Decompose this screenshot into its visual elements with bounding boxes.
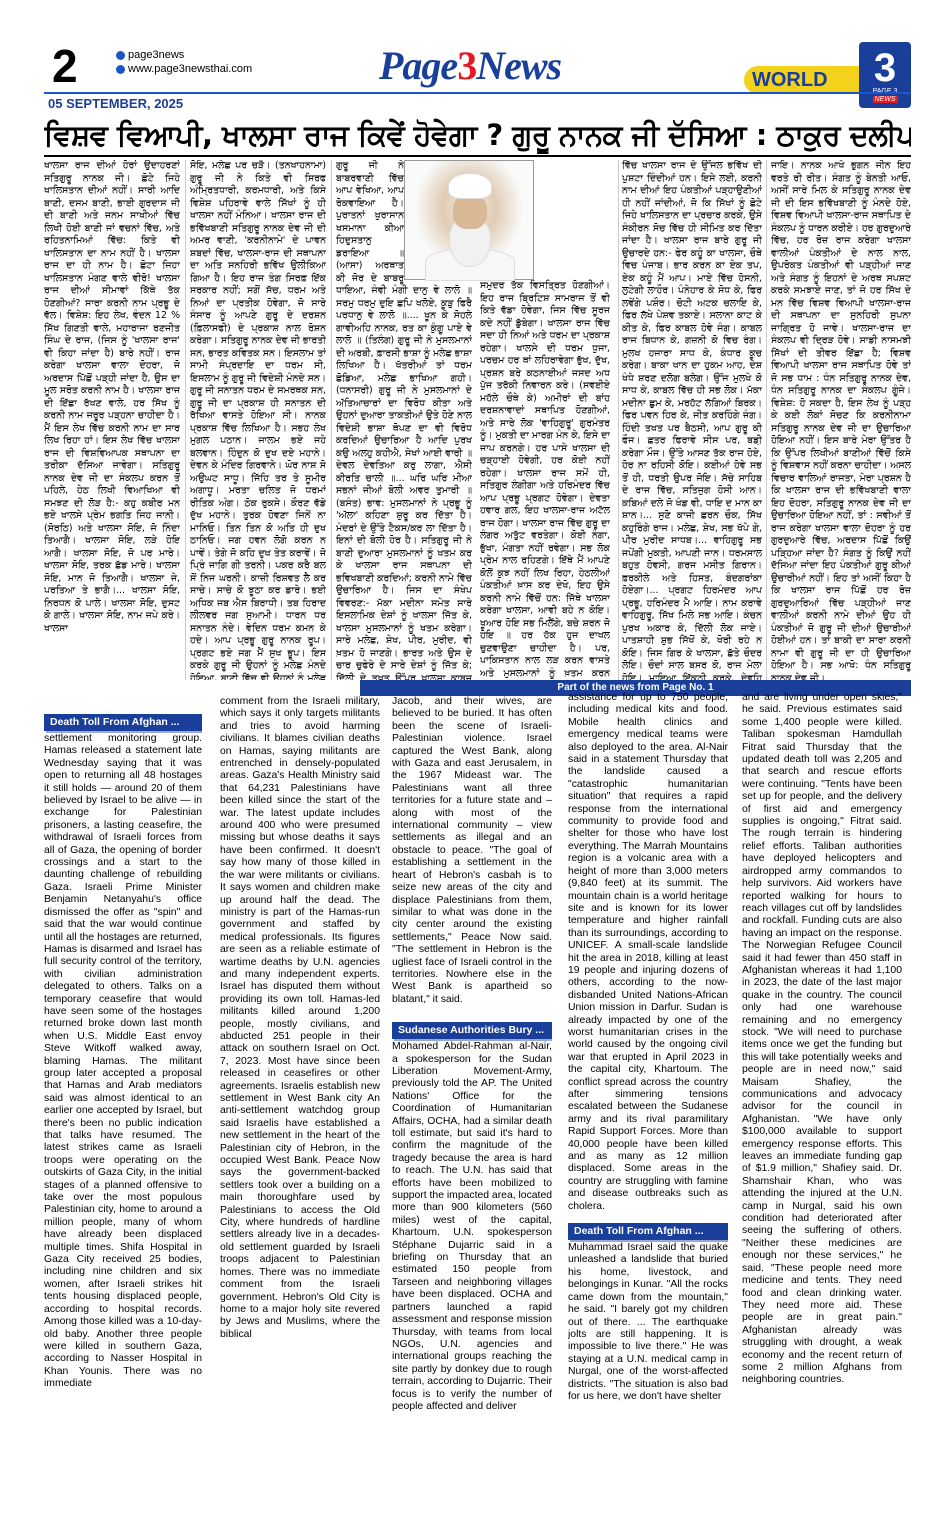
author-photo [404,160,534,280]
website-link[interactable]: www.page3newsthai.com [128,62,252,76]
english-column-2: comment from the Israeli military, which… [220,696,380,1496]
article-text: Mohamed Abdel-Rahman al-Nair, a spokespe… [392,1041,552,1413]
punjabi-column-5: ਵਿੱਚ ਖਾਲਸਾ ਰਾਜ ਦੇ ਉੱਜਲ ਭਵਿੱਖ ਦੀ ਪੁਸ਼ਟਾ ਦ… [622,160,762,680]
punjabi-column-4-text: ਸਮੁੰਦਰ ਤੱਕ ਵਿਸਤ੍ਰਿਤ ਹੋਣਗੀਆਂ। ਇਹ ਰਾਜ ਬ੍ਰਿ… [480,280,610,680]
column-divider [185,160,186,680]
section-tag: WORLD [744,66,864,94]
site-handle: page3news [128,48,184,62]
globe-icon [116,65,125,74]
article-text: comment from the Israeli military, which… [220,696,380,1341]
punjabi-column-1: ਖਾਲਸਾ ਰਾਜ ਦੀਆਂ ਹੋਰਾਂ ਉਦਾਹਰਣਾਂ ਸਤਿਗੁਰੂ ਨਾ… [44,160,180,680]
article-text: and are living under open skies," he sai… [742,692,902,1387]
logo-number: 3 [457,43,476,88]
article-text: assistance for up to 750 people, includi… [568,692,728,1213]
article-text: Jacob, and their wives, are believed to … [392,696,552,1006]
badge-number: 3 [874,48,896,88]
column-divider [331,160,332,680]
issue-date: 05 SEPTEMBER, 2025 [48,96,183,111]
social-icon [116,51,125,60]
site-info: page3news www.page3newsthai.com [116,48,252,76]
section-heading[interactable]: Death Toll From Afghan ... [568,1223,728,1240]
english-column-4: assistance for up to 750 people, includi… [568,692,728,1492]
column-divider [618,160,619,680]
punjabi-column-2: ਸੋਇ, ਮਲੇਛ ਪਰ ਚੜੈ। (ਤਨਖਾਹਨਾਮਾ) ਗੁਰੂ ਜੀ ਨੇ… [190,160,326,680]
punjabi-column-6: ਜਾਇ। ਨਾਨਕ ਆਖੇ ਭੁਗਨ ਜੀਨ ਇਹ ਵਰਤੇ ਰੀ ਰੀਤ। ਸ… [771,160,911,680]
logo-prefix: Page [379,43,457,88]
section-heading[interactable]: Sudanese Authorities Bury ... [392,1022,552,1039]
logo-suffix: News [476,43,561,88]
english-column-1: Death Toll From Afghan ... settlement mo… [44,712,202,1512]
divider [44,155,911,157]
article-text: Muhammad Israel said the quake unleashed… [568,1242,728,1403]
english-column-5: and are living under open skies," he sai… [742,692,902,1492]
article-headline: ਵਿਸ਼ਵ ਵਿਆਪੀ, ਖਾਲਸਾ ਰਾਜ ਕਿਵੇਂ ਹੋਵੇਗਾ ? ਗੁ… [44,116,911,154]
article-text: settlement monitoring group. Hamas relea… [44,733,202,1391]
date-bar: 05 SEPTEMBER, 2025 [44,92,911,110]
english-news: Death Toll From Afghan ... settlement mo… [44,696,911,1496]
punjabi-article: ਖਾਲਸਾ ਰਾਜ ਦੀਆਂ ਹੋਰਾਂ ਉਦਾਹਰਣਾਂ ਸਤਿਗੁਰੂ ਨਾ… [44,160,911,680]
english-column-3: Jacob, and their wives, are believed to … [392,696,552,1496]
newspaper-logo: Page3News [379,42,561,89]
masthead: 2 page3news www.page3newsthai.com Page3N… [44,40,911,112]
site-handle-row: page3news [116,48,252,62]
photo-face [453,195,487,229]
photo-turban [448,173,492,199]
website-row: www.page3newsthai.com [116,62,252,76]
column-divider [766,160,767,680]
section-heading[interactable]: Death Toll From Afghan ... [44,714,202,731]
page-number: 2 [52,40,78,92]
